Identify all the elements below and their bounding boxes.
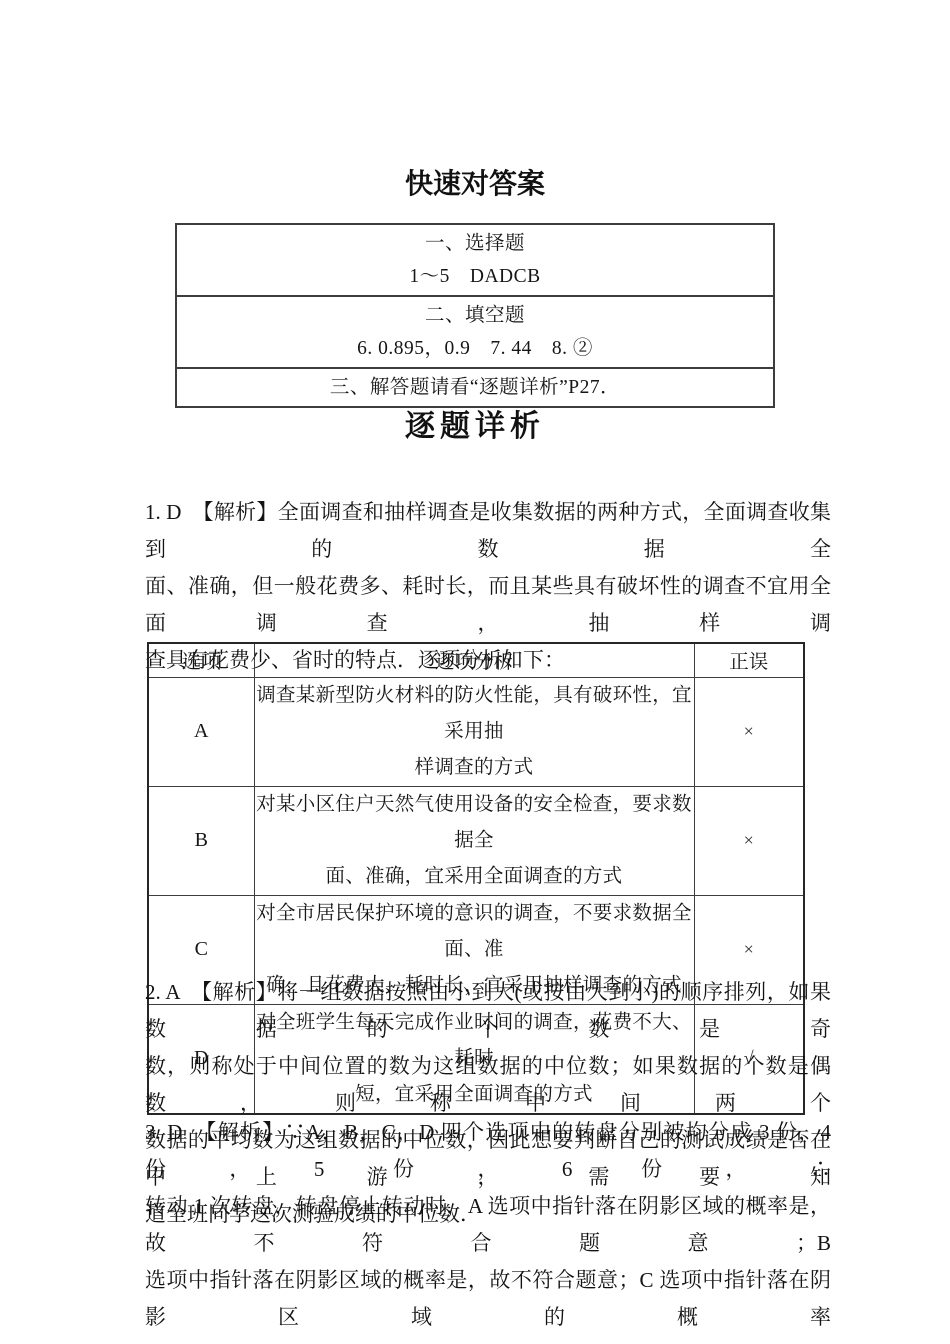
option-letter: A (148, 677, 254, 786)
analysis-text-line: 对某小区住户天然气使用设备的安全检查，要求数据全 (255, 787, 694, 859)
analysis-column-header: 逐项分析 (254, 643, 694, 677)
table-row: 二、填空题 6. 0.895，0.9 7. 44 8. ② (176, 296, 774, 368)
solution-text-line: 面、准确，但一般花费多、耗时长，而且某些具有破坏性的调查不宜用全面调查，抽样调 (145, 568, 831, 642)
analysis-cell: 调查某新型防火材料的防火性能，具有破环性，宜采用抽 样调查的方式 (254, 677, 694, 786)
detailed-analysis-title: 逐题详析 (0, 401, 950, 445)
analysis-text-line: 面、准确，宜采用全面调查的方式 (255, 859, 694, 895)
table-row: 一、选择题 1～5 DADCB (176, 224, 774, 296)
option-column-header: 选项 (148, 643, 254, 677)
wrong-mark: × (694, 786, 804, 895)
analysis-text-line: 样调查的方式 (255, 750, 694, 786)
verdict-column-header: 正误 (694, 643, 804, 677)
section-answers: 6. 0.895，0.9 7. 44 8. ② (177, 332, 773, 365)
option-letter: B (148, 786, 254, 895)
table-header-row: 选项 逐项分析 正误 (148, 643, 804, 677)
section-heading: 三、解答题请看“逐题详析”P27． (177, 371, 773, 404)
analysis-text-line: 调查某新型防火材料的防火性能，具有破环性，宜采用抽 (255, 678, 694, 750)
answer-document-page: 快速对答案 一、选择题 1～5 DADCB 二、填空题 6. 0.895，0.9… (0, 0, 950, 1344)
quick-answers-table: 一、选择题 1～5 DADCB 二、填空题 6. 0.895，0.9 7. 44… (175, 223, 775, 408)
analysis-cell: 对某小区住户天然气使用设备的安全检查，要求数据全 面、准确，宜采用全面调查的方式 (254, 786, 694, 895)
solution-text-line: 数，则称处于中间位置的数为这组数据的中位数；如果数据的个数是偶数，则称中间两个 (145, 1048, 831, 1122)
section-answers: 1～5 DADCB (177, 260, 773, 293)
solution-text-line: 1. D 【解析】全面调查和抽样调查是收集数据的两种方式，全面调查收集到的数据全 (145, 494, 831, 568)
section-heading: 一、选择题 (177, 227, 773, 260)
quick-answers-title: 快速对答案 (0, 162, 950, 202)
solution-text-line: 选项中指针落在阴影区域的概率是，故不符合题意；C 选项中指针落在阴影区域的概率 (145, 1262, 831, 1336)
solution-text-line: 2. A 【解析】将一组数据按照由小到大(或按由大到小)的顺序排列，如果数据的个… (145, 974, 831, 1048)
section-heading: 二、填空题 (177, 299, 773, 332)
solution-text-line: 转动 1 次转盘，转盘停止转动时，A 选项中指针落在阴影区域的概率是，故不符合题… (145, 1188, 831, 1262)
analysis-text-line: 对全市居民保护环境的意识的调查，不要求数据全面、准 (255, 896, 694, 968)
wrong-mark: × (694, 677, 804, 786)
solution-3-paragraph: 3. D 【解析】∵A，B，C，D 四个选项中的转盘分别被均分成 3 份，4 份… (145, 1114, 831, 1336)
fill-blank-answers-cell: 二、填空题 6. 0.895，0.9 7. 44 8. ② (176, 296, 774, 368)
table-row-option-a: A 调查某新型防火材料的防火性能，具有破环性，宜采用抽 样调查的方式 × (148, 677, 804, 786)
solution-text-line: 3. D 【解析】∵A，B，C，D 四个选项中的转盘分别被均分成 3 份，4 份… (145, 1114, 831, 1188)
choice-answers-cell: 一、选择题 1～5 DADCB (176, 224, 774, 296)
table-row-option-b: B 对某小区住户天然气使用设备的安全检查，要求数据全 面、准确，宜采用全面调查的… (148, 786, 804, 895)
